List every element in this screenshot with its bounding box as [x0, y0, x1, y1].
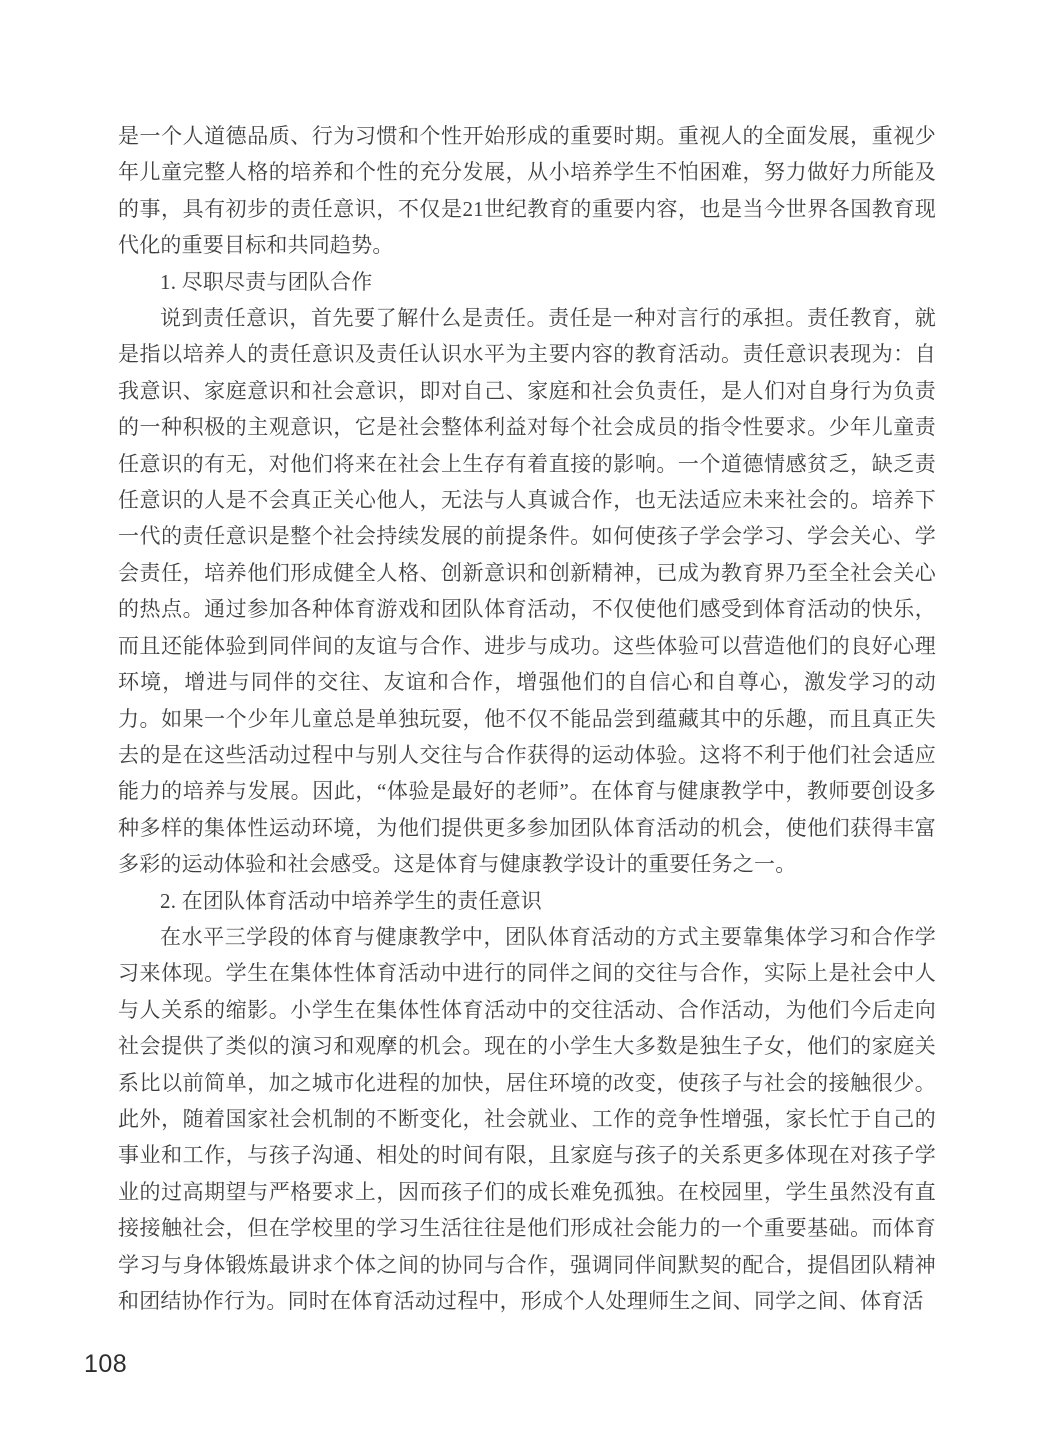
page-text-block: 是一个人道德品质、行为习惯和个性开始形成的重要时期。重视人的全面发展，重视少年儿… — [118, 118, 936, 1319]
section-heading-1: 1. 尽职尽责与团队合作 — [118, 264, 936, 300]
document-page: 是一个人道德品质、行为习惯和个性开始形成的重要时期。重视人的全面发展，重视少年儿… — [0, 0, 1038, 1452]
body-paragraph-2: 在水平三学段的体育与健康教学中，团队体育活动的方式主要靠集体学习和合作学习来体现… — [118, 919, 936, 1319]
page-number: 108 — [84, 1350, 127, 1379]
body-paragraph-continuation: 是一个人道德品质、行为习惯和个性开始形成的重要时期。重视人的全面发展，重视少年儿… — [118, 118, 936, 264]
body-paragraph-1: 说到责任意识，首先要了解什么是责任。责任是一种对言行的承担。责任教育，就是指以培… — [118, 300, 936, 883]
section-heading-2: 2. 在团队体育活动中培养学生的责任意识 — [118, 883, 936, 919]
